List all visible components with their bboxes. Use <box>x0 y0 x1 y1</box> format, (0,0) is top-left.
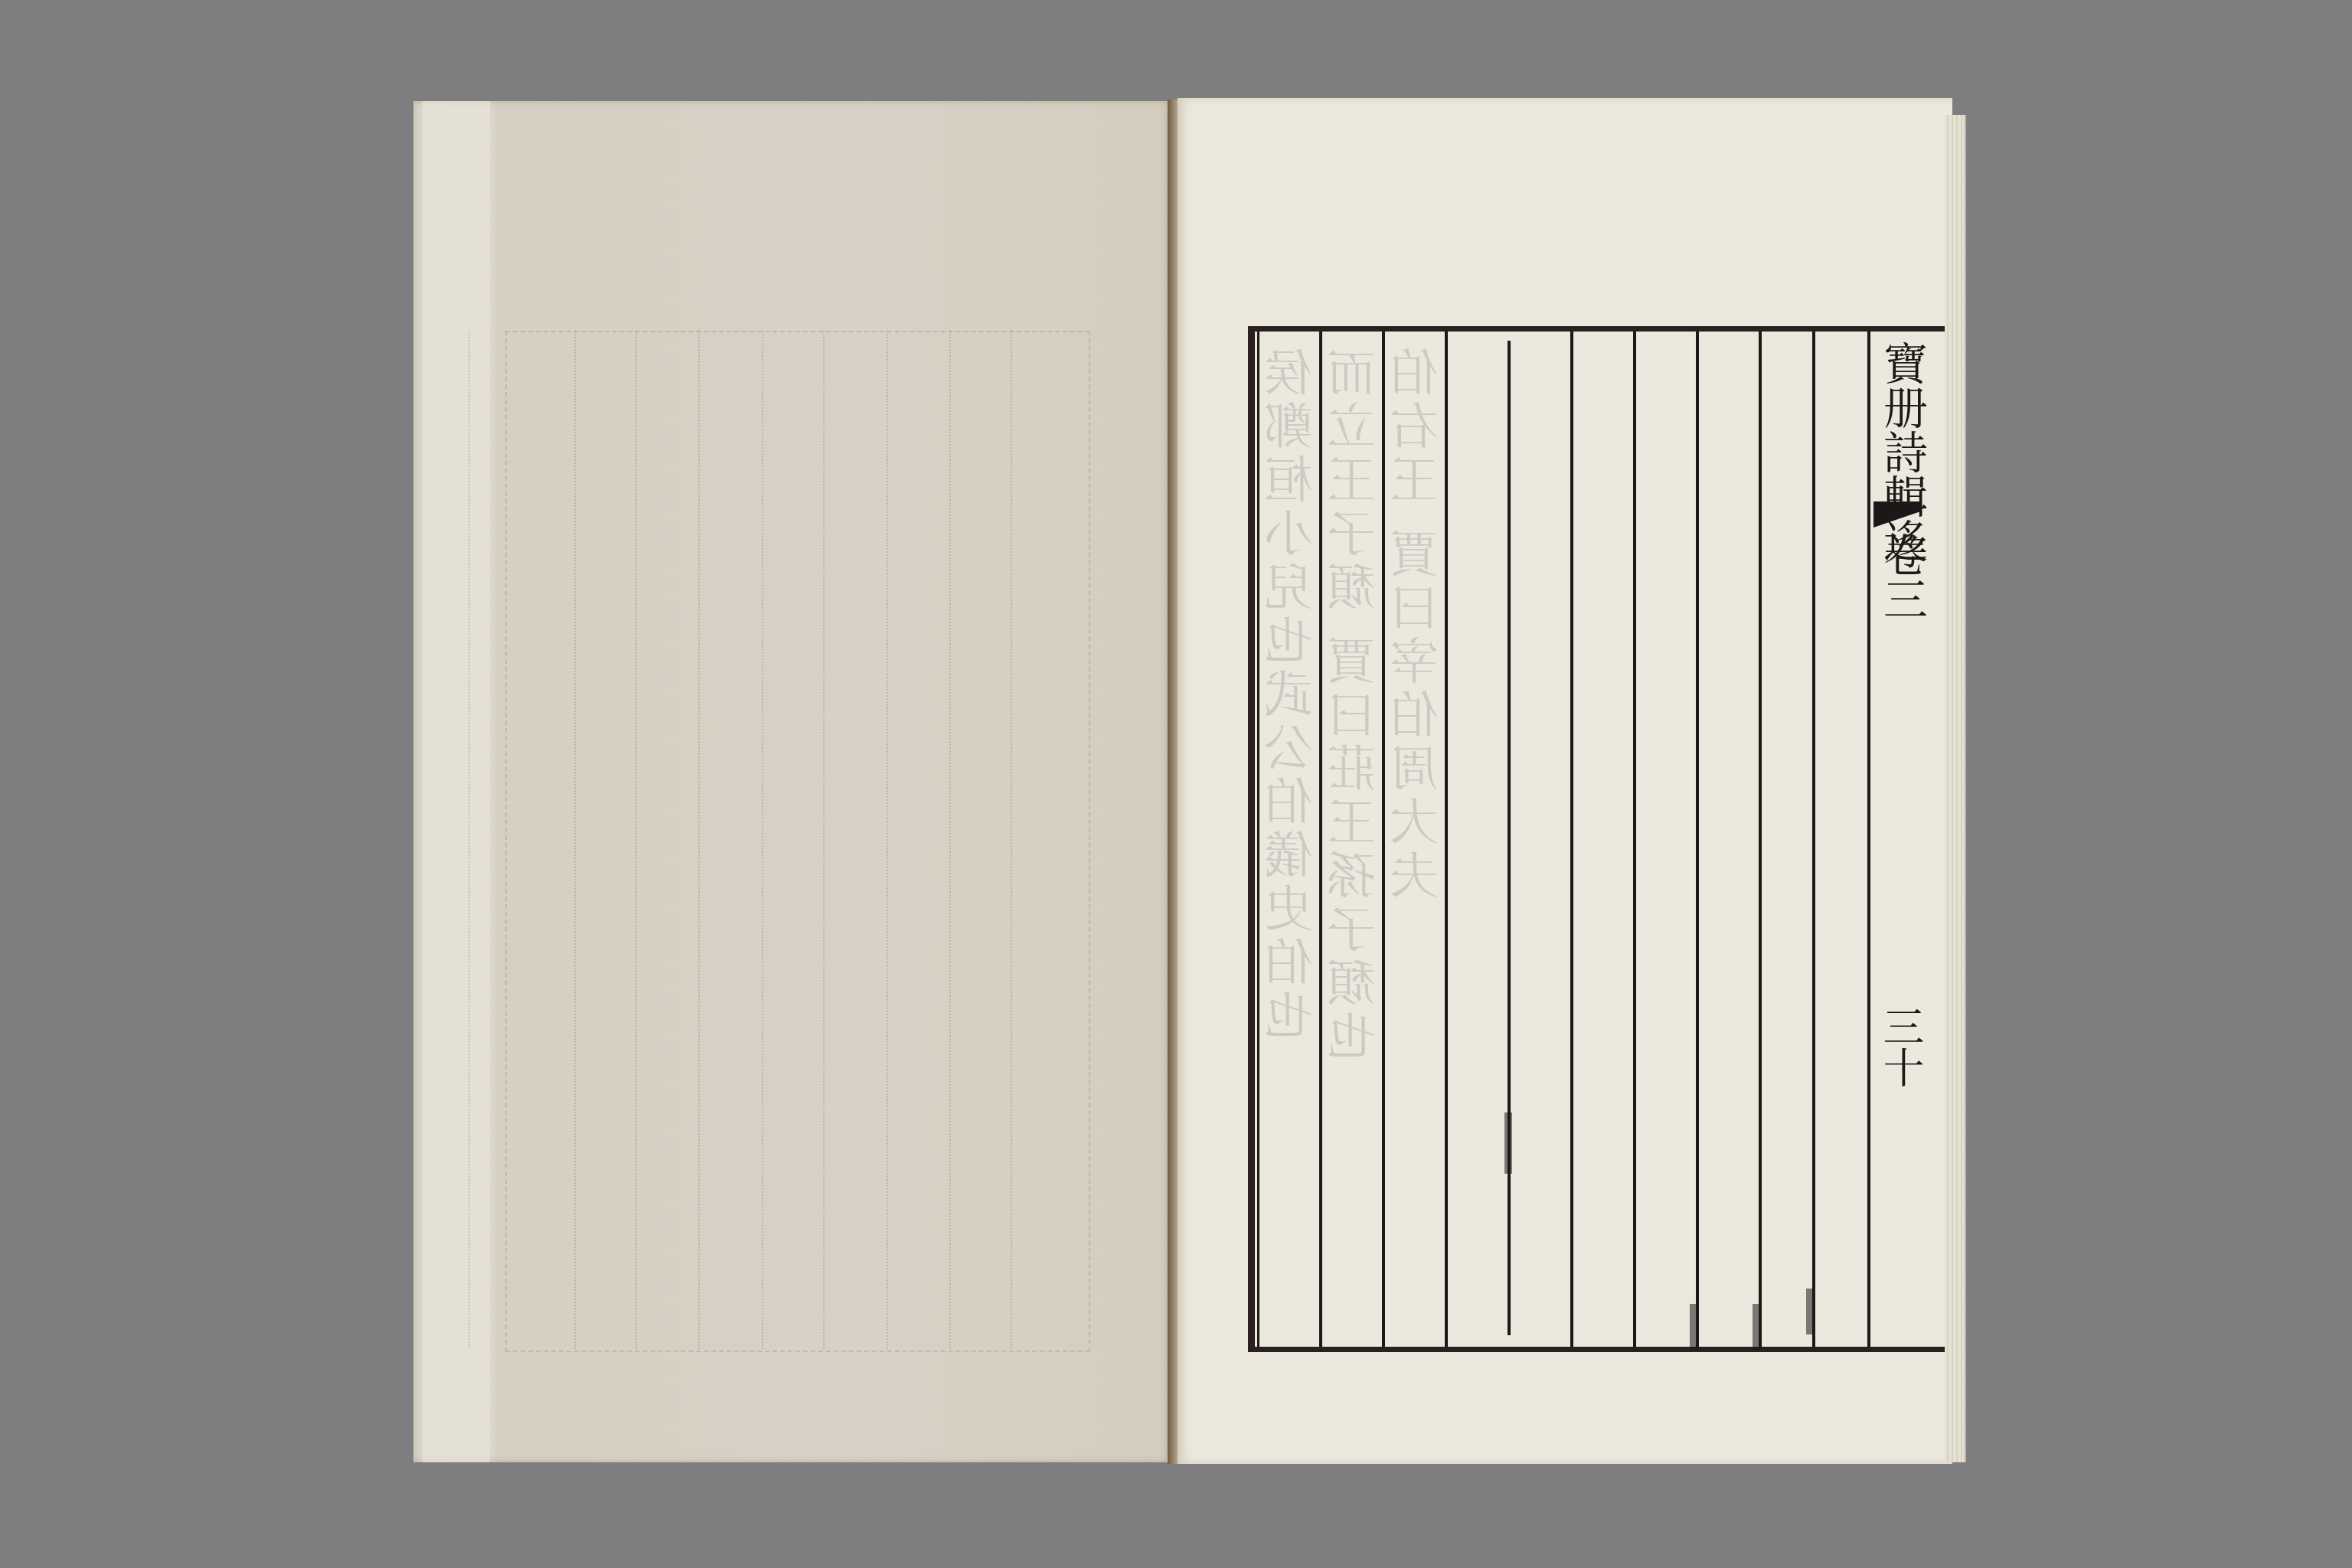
column-rule <box>1508 341 1511 1335</box>
book-gutter <box>1168 100 1178 1464</box>
ghost-column-line <box>887 331 888 1349</box>
folio-number: 三十 <box>1880 1005 1921 1088</box>
column-rule <box>1812 332 1815 1347</box>
ghost-column-line <box>635 331 637 1349</box>
column-rule <box>1867 332 1870 1347</box>
ink-smudge <box>1690 1304 1699 1350</box>
banxin-title: 寶册詩輯迻 <box>1880 341 1924 563</box>
right-page: 侯鄭桓小兒也武公伯儀史伯也 而立王子頹 賈曰莊王孫子頹也 伯右王 賈曰宰伯周大夫… <box>1178 98 1952 1464</box>
ghost-column-line <box>949 331 951 1349</box>
ink-smudge <box>1806 1289 1814 1334</box>
left-page <box>413 101 1171 1462</box>
show-through-line: 伯右王 賈曰宰伯周大夫 <box>1394 347 1443 903</box>
ghost-column-line <box>469 331 470 1349</box>
column-rule <box>1319 332 1322 1347</box>
column-rule <box>1759 332 1762 1347</box>
juan-label: 卷三 <box>1880 532 1924 621</box>
ink-smudge <box>1753 1304 1762 1350</box>
ghost-column-line <box>698 331 700 1349</box>
column-rule <box>1257 332 1259 1347</box>
show-through-line: 而立王子頹 賈曰莊王孫子頹也 <box>1331 347 1380 1063</box>
ghost-column-line <box>1011 331 1012 1349</box>
column-rule <box>1696 332 1699 1347</box>
column-rule <box>1570 332 1573 1347</box>
ghost-column-line <box>823 331 825 1349</box>
ghost-column-line <box>574 331 576 1349</box>
ghost-column-line <box>762 331 763 1349</box>
ink-smudge <box>1504 1112 1512 1174</box>
banxin-center-strip: 寶册詩輯迻 卷三 三十 <box>1873 332 1944 1347</box>
column-rule <box>1633 332 1636 1347</box>
left-page-ghost-frame <box>505 331 1090 1352</box>
column-rule <box>1445 332 1448 1347</box>
left-page-margin-strip <box>423 101 490 1462</box>
column-rule <box>1382 332 1385 1347</box>
page-fore-edge <box>1945 115 1966 1462</box>
show-through-line: 侯鄭桓小兒也武公伯儀史伯也 <box>1269 347 1318 1044</box>
printed-frame: 侯鄭桓小兒也武公伯儀史伯也 而立王子頹 賈曰莊王孫子頹也 伯右王 賈曰宰伯周大夫… <box>1248 326 1953 1352</box>
